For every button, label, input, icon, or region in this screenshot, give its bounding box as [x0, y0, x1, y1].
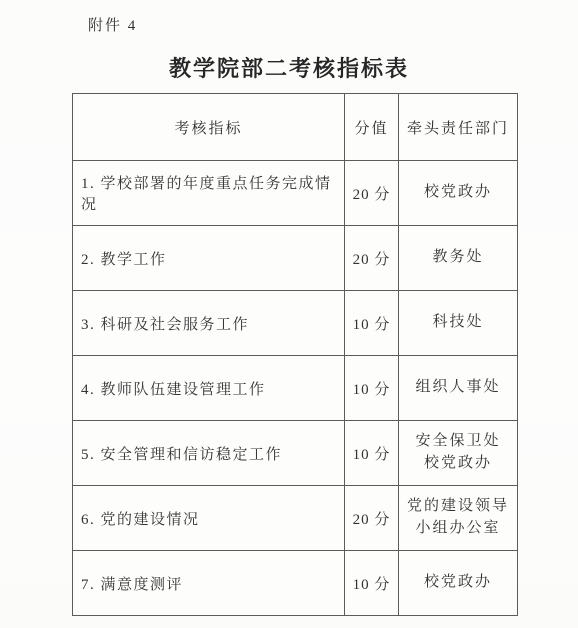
score-cell: 20 分 — [345, 226, 399, 291]
score-cell: 20 分 — [345, 486, 399, 551]
score-cell: 10 分 — [345, 291, 399, 356]
indicator-cell: 4. 教师队伍建设管理工作 — [73, 356, 345, 421]
score-cell: 10 分 — [345, 551, 399, 616]
score-cell: 20 分 — [345, 161, 399, 226]
table-row: 5. 安全管理和信访稳定工作 10 分 安全保卫处 校党政办 — [73, 421, 518, 486]
assessment-table: 考核指标 分值 牵头责任部门 1. 学校部署的年度重点任务完成情况 20 分 校… — [72, 93, 518, 616]
table-row: 2. 教学工作 20 分 教务处 — [73, 226, 518, 291]
department-cell: 校党政办 — [399, 551, 518, 616]
score-cell: 10 分 — [345, 421, 399, 486]
department-cell: 科技处 — [399, 291, 518, 356]
department-cell: 校党政办 — [399, 161, 518, 226]
header-score: 分值 — [345, 94, 399, 161]
indicator-cell: 7. 满意度测评 — [73, 551, 345, 616]
table-row: 7. 满意度测评 10 分 校党政办 — [73, 551, 518, 616]
attachment-label: 附件 4 — [88, 14, 137, 35]
indicator-cell: 1. 学校部署的年度重点任务完成情况 — [73, 161, 345, 226]
table-body: 1. 学校部署的年度重点任务完成情况 20 分 校党政办 2. 教学工作 20 … — [73, 161, 518, 616]
indicator-cell: 3. 科研及社会服务工作 — [73, 291, 345, 356]
table-row: 4. 教师队伍建设管理工作 10 分 组织人事处 — [73, 356, 518, 421]
indicator-cell: 5. 安全管理和信访稳定工作 — [73, 421, 345, 486]
header-department: 牵头责任部门 — [399, 94, 518, 161]
document-page: 附件 4 教学院部二考核指标表 考核指标 分值 牵头责任部门 1. 学校部署的年… — [0, 0, 578, 628]
table-row: 1. 学校部署的年度重点任务完成情况 20 分 校党政办 — [73, 161, 518, 226]
table-header-row: 考核指标 分值 牵头责任部门 — [73, 94, 518, 161]
indicator-cell: 2. 教学工作 — [73, 226, 345, 291]
indicator-cell: 6. 党的建设情况 — [73, 486, 345, 551]
score-cell: 10 分 — [345, 356, 399, 421]
table-row: 6. 党的建设情况 20 分 党的建设领导 小组办公室 — [73, 486, 518, 551]
department-cell: 教务处 — [399, 226, 518, 291]
department-cell: 安全保卫处 校党政办 — [399, 421, 518, 486]
department-cell: 组织人事处 — [399, 356, 518, 421]
header-indicator: 考核指标 — [73, 94, 345, 161]
department-cell: 党的建设领导 小组办公室 — [399, 486, 518, 551]
page-title: 教学院部二考核指标表 — [0, 52, 578, 83]
table-row: 3. 科研及社会服务工作 10 分 科技处 — [73, 291, 518, 356]
